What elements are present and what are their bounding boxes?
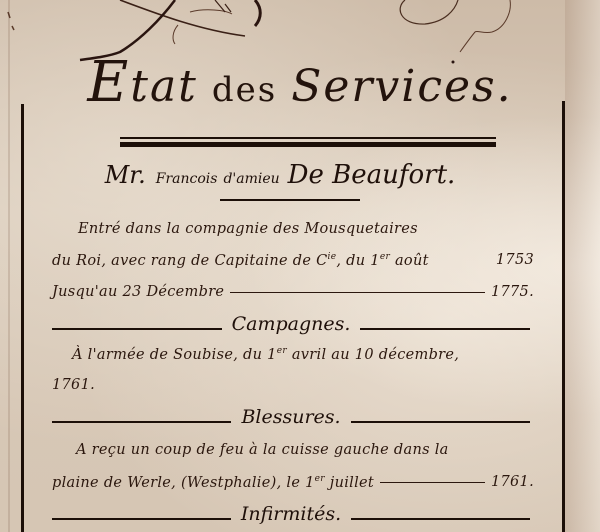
frame-right-border (562, 101, 565, 532)
title-word-services: Services. (291, 61, 512, 112)
entry-start-year: 1753 (496, 252, 534, 269)
entry-end-year: 1775. (491, 284, 534, 300)
title-word-des: des (212, 70, 277, 110)
entry-line-2: du Roi, avec rang de Capitaine de Cie, d… (52, 252, 534, 269)
section-header-infirmites: Infirmités. (52, 505, 530, 524)
entry-line-3: Jusqu'au 23 Décembre 1775. (52, 284, 534, 300)
entry-line-2-text: du Roi, avec rang de Capitaine de Cie, d… (52, 252, 429, 269)
blessures-fill-rule (380, 482, 485, 483)
subject-middle-name: d'amieu (223, 171, 279, 187)
section-header-blessures: Blessures. (52, 408, 530, 427)
entry-fill-rule (230, 292, 485, 293)
document-title: EtatdesServices. (60, 55, 540, 111)
section-title-campagnes: Campagnes. (222, 315, 361, 334)
campagnes-line-1: À l'armée de Soubise, du 1er avril au 10… (72, 346, 459, 363)
frame-left-border (21, 104, 24, 532)
entry-end-date: Jusqu'au 23 Décembre (52, 284, 224, 300)
section-header-campagnes: Campagnes. (52, 315, 530, 334)
title-initial: E (87, 50, 130, 115)
paper-edge-shade (565, 0, 600, 532)
blessures-line-1: A reçu un coup de feu à la cuisse gauche… (76, 442, 449, 458)
section-title-blessures: Blessures. (231, 408, 350, 427)
subject-honorific: Mr. (105, 161, 146, 189)
subject-last-name: De Beaufort. (288, 160, 456, 190)
subject-name: Mr.Francoisd'amieuDe Beaufort. (70, 160, 490, 190)
blessures-year: 1761. (491, 474, 534, 490)
subject-first-name: Francois (156, 171, 218, 187)
service-record-page: EtatdesServices. Mr.Francoisd'amieuDe Be… (0, 0, 600, 532)
blessures-line-2: plaine de Werle, (Westphalie), le 1er ju… (52, 474, 534, 491)
title-double-rule (120, 137, 496, 147)
section-title-infirmites: Infirmités. (231, 505, 351, 524)
blessures-line-2-text: plaine de Werle, (Westphalie), le 1er ju… (52, 474, 374, 491)
entry-line-1: Entré dans la compagnie des Mousquetaire… (78, 221, 418, 237)
title-word-etat: tat (130, 61, 198, 112)
paper-fold-line (8, 0, 10, 532)
name-underline (220, 199, 360, 201)
campagnes-line-2: 1761. (52, 377, 95, 393)
